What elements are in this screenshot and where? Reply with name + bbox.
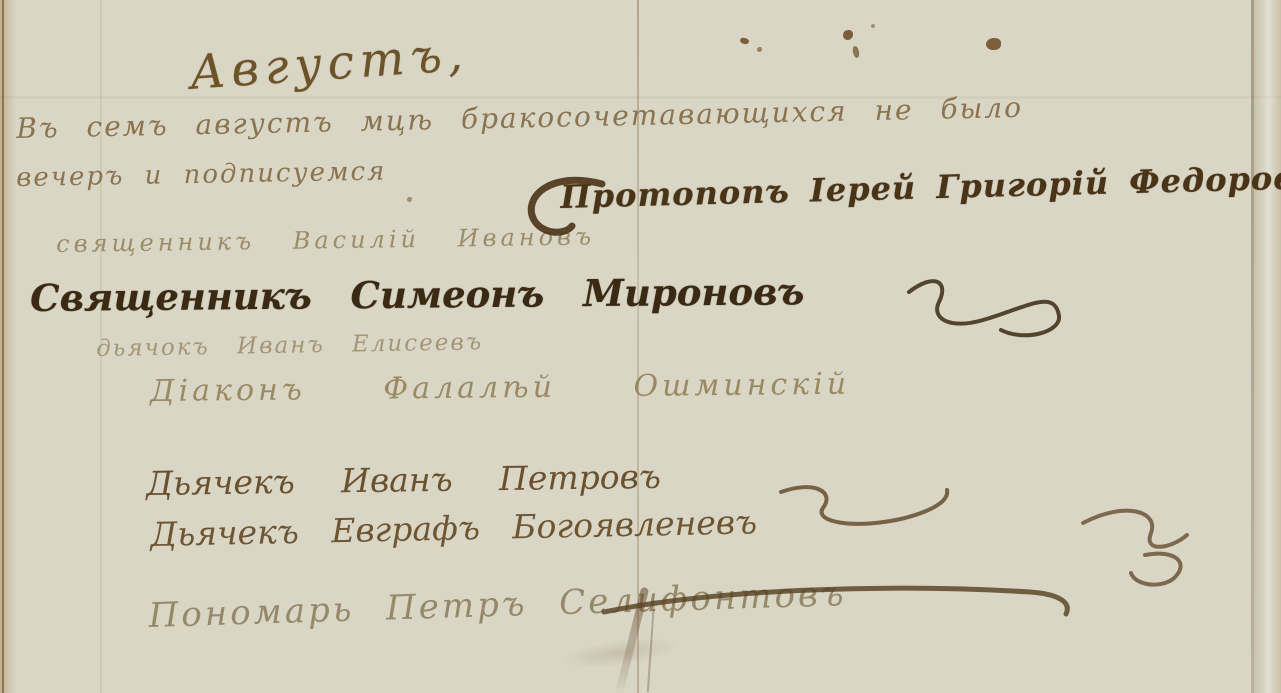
signature-dyachek-petrov: Дьячекъ Иванъ Петровъ [146,457,661,503]
signature-deacon: Діаконъ Фалалѣй Ошминскій [150,367,850,409]
ink-speck [986,38,1001,50]
signature-priest-simeon: Священникъ Симеонъ Мироновъ [30,269,804,320]
